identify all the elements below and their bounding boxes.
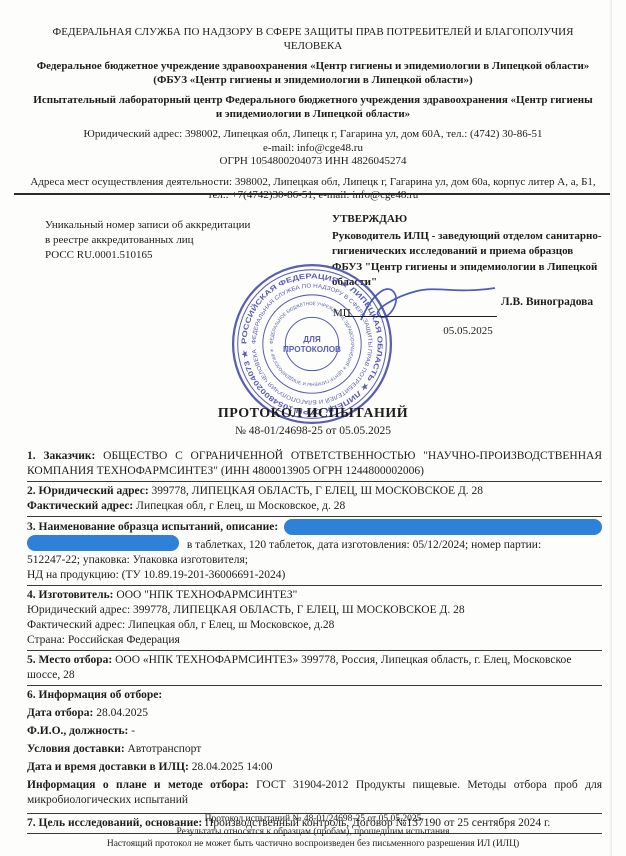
legal-address: Юридический адрес: 398002, Липецкая обл,…	[30, 128, 596, 142]
section-sample-description: 3. Наименование образца испытаний, описа…	[27, 519, 602, 586]
approval-date: 05.05.2025	[425, 325, 511, 337]
footer-results-note: Результаты относятся к образцам (пробам)…	[0, 826, 626, 839]
sampling-info-label: 6. Информация об отборе:	[27, 688, 602, 703]
customer-value: ОБЩЕСТВО С ОГРАНИЧЕННОЙ ОТВЕТСТВЕННОСТЬЮ…	[27, 450, 602, 477]
sample-label: 3. Наименование образца испытаний, описа…	[27, 520, 278, 535]
manufacturer-country: Страна: Российская Федерация	[27, 633, 602, 648]
federal-service-name: ФЕДЕРАЛЬНАЯ СЛУЖБА ПО НАДЗОРУ В СФЕРЕ ЗА…	[30, 26, 596, 53]
protocol-body: 1. Заказчик: ОБЩЕСТВО С ОГРАНИЧЕННОЙ ОТВ…	[27, 449, 602, 836]
protocol-title-block: ПРОТОКОЛ ИСПЫТАНИЙ № 48-01/24698-25 от 0…	[0, 406, 626, 437]
sample-batch-line: 512247-22; упаковка: Упаковка изготовите…	[27, 553, 602, 568]
protocol-title: ПРОТОКОЛ ИСПЫТАНИЙ	[0, 406, 626, 422]
signature-line	[345, 300, 497, 317]
document-footer: Протокол испытаний № 48-01/24698-25 от 0…	[0, 813, 626, 851]
manufacturer-actual-address: Фактический адрес: Липецкая обл, г Елец,…	[27, 618, 602, 633]
stamp-center-line1: ДЛЯ	[303, 335, 321, 344]
protocol-number: № 48-01/24698-25 от 05.05.2025	[0, 425, 626, 437]
section-legal-address: 2. Юридический адрес: 399778, ЛИПЕЦКАЯ О…	[27, 484, 602, 517]
footer-protocol-number: Протокол испытаний № 48-01/24698-25 от 0…	[0, 813, 626, 826]
laboratory-center-name: Испытательный лабораторный центр Федерал…	[30, 94, 596, 121]
customer-label: 1. Заказчик:	[27, 450, 95, 462]
legal-address-label: 2. Юридический адрес:	[27, 485, 149, 497]
sampling-method-label: Информация о плане и методе отбора:	[27, 779, 249, 791]
sampler-name-value: -	[131, 725, 135, 737]
document-header: ФЕДЕРАЛЬНАЯ СЛУЖБА ПО НАДЗОРУ В СФЕРЕ ЗА…	[30, 26, 596, 210]
organization-name: Федеральное бюджетное учреждение здравоо…	[30, 60, 596, 87]
delivery-datetime-value: 28.04.2025 14:00	[192, 761, 273, 773]
ogrn-inn: ОГРН 1054800204073 ИНН 4826045274	[30, 155, 596, 169]
delivery-conditions-value: Автотранспорт	[128, 743, 202, 755]
activity-addresses: Адреса мест осуществления деятельности: …	[30, 176, 596, 203]
section-sampling-info: 6. Информация об отборе: Дата отбора: 28…	[27, 688, 602, 814]
sampling-date-value: 28.04.2025	[96, 707, 148, 719]
manufacturer-label: 4. Изготовитель:	[27, 589, 114, 601]
actual-address-value: Липецкая обл, г Елец, ш Московское, д. 2…	[136, 500, 345, 512]
manufacturer-legal-address: Юридический адрес: 399778, ЛИПЕЦКАЯ ОБЛА…	[27, 603, 602, 618]
sample-nd-line: НД на продукцию: (ТУ 10.89.19-201-360066…	[27, 568, 602, 583]
redaction-block-1	[284, 519, 602, 535]
redaction-block-2	[27, 535, 179, 551]
approval-title: УТВЕРЖДАЮ	[332, 212, 604, 228]
actual-address-label: Фактический адрес:	[27, 500, 133, 512]
stamp-place-label: МП	[333, 307, 351, 319]
accreditation-block: Уникальный номер записи об аккредитации …	[45, 218, 305, 263]
header-divider	[14, 193, 610, 195]
sampler-name-label: Ф.И.О., должность:	[27, 725, 128, 737]
section-sampling-place: 5. Место отбора: ООО «НПК ТЕХНОФАРМСИНТЕ…	[27, 653, 602, 686]
accreditation-line1: Уникальный номер записи об аккредитации	[45, 218, 305, 233]
legal-address-value: 399778, ЛИПЕЦКАЯ ОБЛАСТЬ, Г ЕЛЕЦ, Ш МОСК…	[152, 485, 484, 497]
footer-reproduction-note: Настоящий протокол не может быть частичн…	[0, 838, 626, 851]
protocol-document-page: ФЕДЕРАЛЬНАЯ СЛУЖБА ПО НАДЗОРУ В СФЕРЕ ЗА…	[0, 0, 626, 856]
accreditation-line2: в реестре аккредитованных лиц	[45, 233, 305, 248]
delivery-conditions-label: Условия доставки:	[27, 743, 125, 755]
manufacturer-value: ООО "НПК ТЕХНОФАРМСИНТЕЗ"	[116, 589, 297, 601]
accreditation-number: РОСС RU.0001.510165	[45, 248, 305, 263]
email: e-mail: info@cge48.ru	[30, 142, 596, 156]
section-customer: 1. Заказчик: ОБЩЕСТВО С ОГРАНИЧЕННОЙ ОТВ…	[27, 449, 602, 482]
sampling-place-label: 5. Место отбора:	[27, 654, 112, 666]
sample-description-tail: в таблетках, 120 таблеток, дата изготовл…	[187, 539, 541, 551]
stamp-center-line2: ПРОТОКОЛОВ	[283, 345, 341, 354]
section-manufacturer: 4. Изготовитель: ООО "НПК ТЕХНОФАРМСИНТЕ…	[27, 588, 602, 651]
approver-name: Л.В. Виноградова	[501, 296, 593, 308]
delivery-datetime-label: Дата и время доставки в ИЛЦ:	[27, 761, 189, 773]
sampling-date-label: Дата отбора:	[27, 707, 93, 719]
